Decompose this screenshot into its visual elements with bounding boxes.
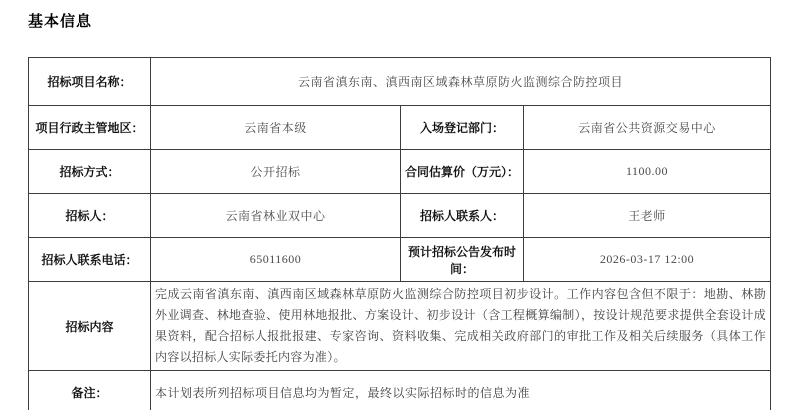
table-row-remark: 备注： 本计划表所列招标项目信息均为暂定，最终以实际招标时的信息为准 <box>29 371 771 410</box>
contact-phone-value: 65011600 <box>151 238 401 282</box>
tenderer-contact-label: 招标人联系人： <box>401 194 524 238</box>
table-row-contact-phone: 招标人联系电话： 65011600 预计招标公告发布时间： 2026-03-17… <box>29 238 771 282</box>
contact-phone-label: 招标人联系电话： <box>29 238 151 282</box>
basic-info-table: 招标项目名称： 云南省滇东南、滇西南区域森林草原防火监测综合防控项目 项目行政主… <box>28 57 771 410</box>
announcement-time-value: 2026-03-17 12:00 <box>524 238 771 282</box>
contract-estimate-value: 1100.00 <box>524 150 771 194</box>
bidding-content-value: 完成云南省滇东南、滇西南区域森林草原防火监测综合防控项目初步设计。工作内容包含但… <box>151 282 771 371</box>
page-title: 基本信息 <box>28 10 92 31</box>
table-row-tenderer: 招标人： 云南省林业双中心 招标人联系人： 王老师 <box>29 194 771 238</box>
admin-region-label: 项目行政主管地区： <box>29 106 151 150</box>
bidding-content-label: 招标内容 <box>29 282 151 371</box>
bidding-method-label: 招标方式： <box>29 150 151 194</box>
basic-info-page: 基本信息 招标项目名称： 云南省滇东南、滇西南区域森林草原防火监测综合防控项目 … <box>0 0 800 410</box>
admin-region-value: 云南省本级 <box>151 106 401 150</box>
remark-value: 本计划表所列招标项目信息均为暂定，最终以实际招标时的信息为准 <box>151 371 771 410</box>
tenderer-value: 云南省林业双中心 <box>151 194 401 238</box>
bidding-method-value: 公开招标 <box>151 150 401 194</box>
announcement-time-label: 预计招标公告发布时间： <box>401 238 524 282</box>
table-row-project-name: 招标项目名称： 云南省滇东南、滇西南区域森林草原防火监测综合防控项目 <box>29 58 771 106</box>
project-name-label: 招标项目名称： <box>29 58 151 106</box>
remark-label: 备注： <box>29 371 151 410</box>
entry-registration-dept-value: 云南省公共资源交易中心 <box>524 106 771 150</box>
tenderer-contact-value: 王老师 <box>524 194 771 238</box>
project-name-value: 云南省滇东南、滇西南区域森林草原防火监测综合防控项目 <box>151 58 771 106</box>
table-row-admin-region: 项目行政主管地区： 云南省本级 入场登记部门： 云南省公共资源交易中心 <box>29 106 771 150</box>
tenderer-label: 招标人： <box>29 194 151 238</box>
contract-estimate-label: 合同估算价（万元）： <box>401 150 524 194</box>
table-row-bidding-method: 招标方式： 公开招标 合同估算价（万元）： 1100.00 <box>29 150 771 194</box>
table-row-bidding-content: 招标内容 完成云南省滇东南、滇西南区域森林草原防火监测综合防控项目初步设计。工作… <box>29 282 771 371</box>
entry-registration-dept-label: 入场登记部门： <box>401 106 524 150</box>
